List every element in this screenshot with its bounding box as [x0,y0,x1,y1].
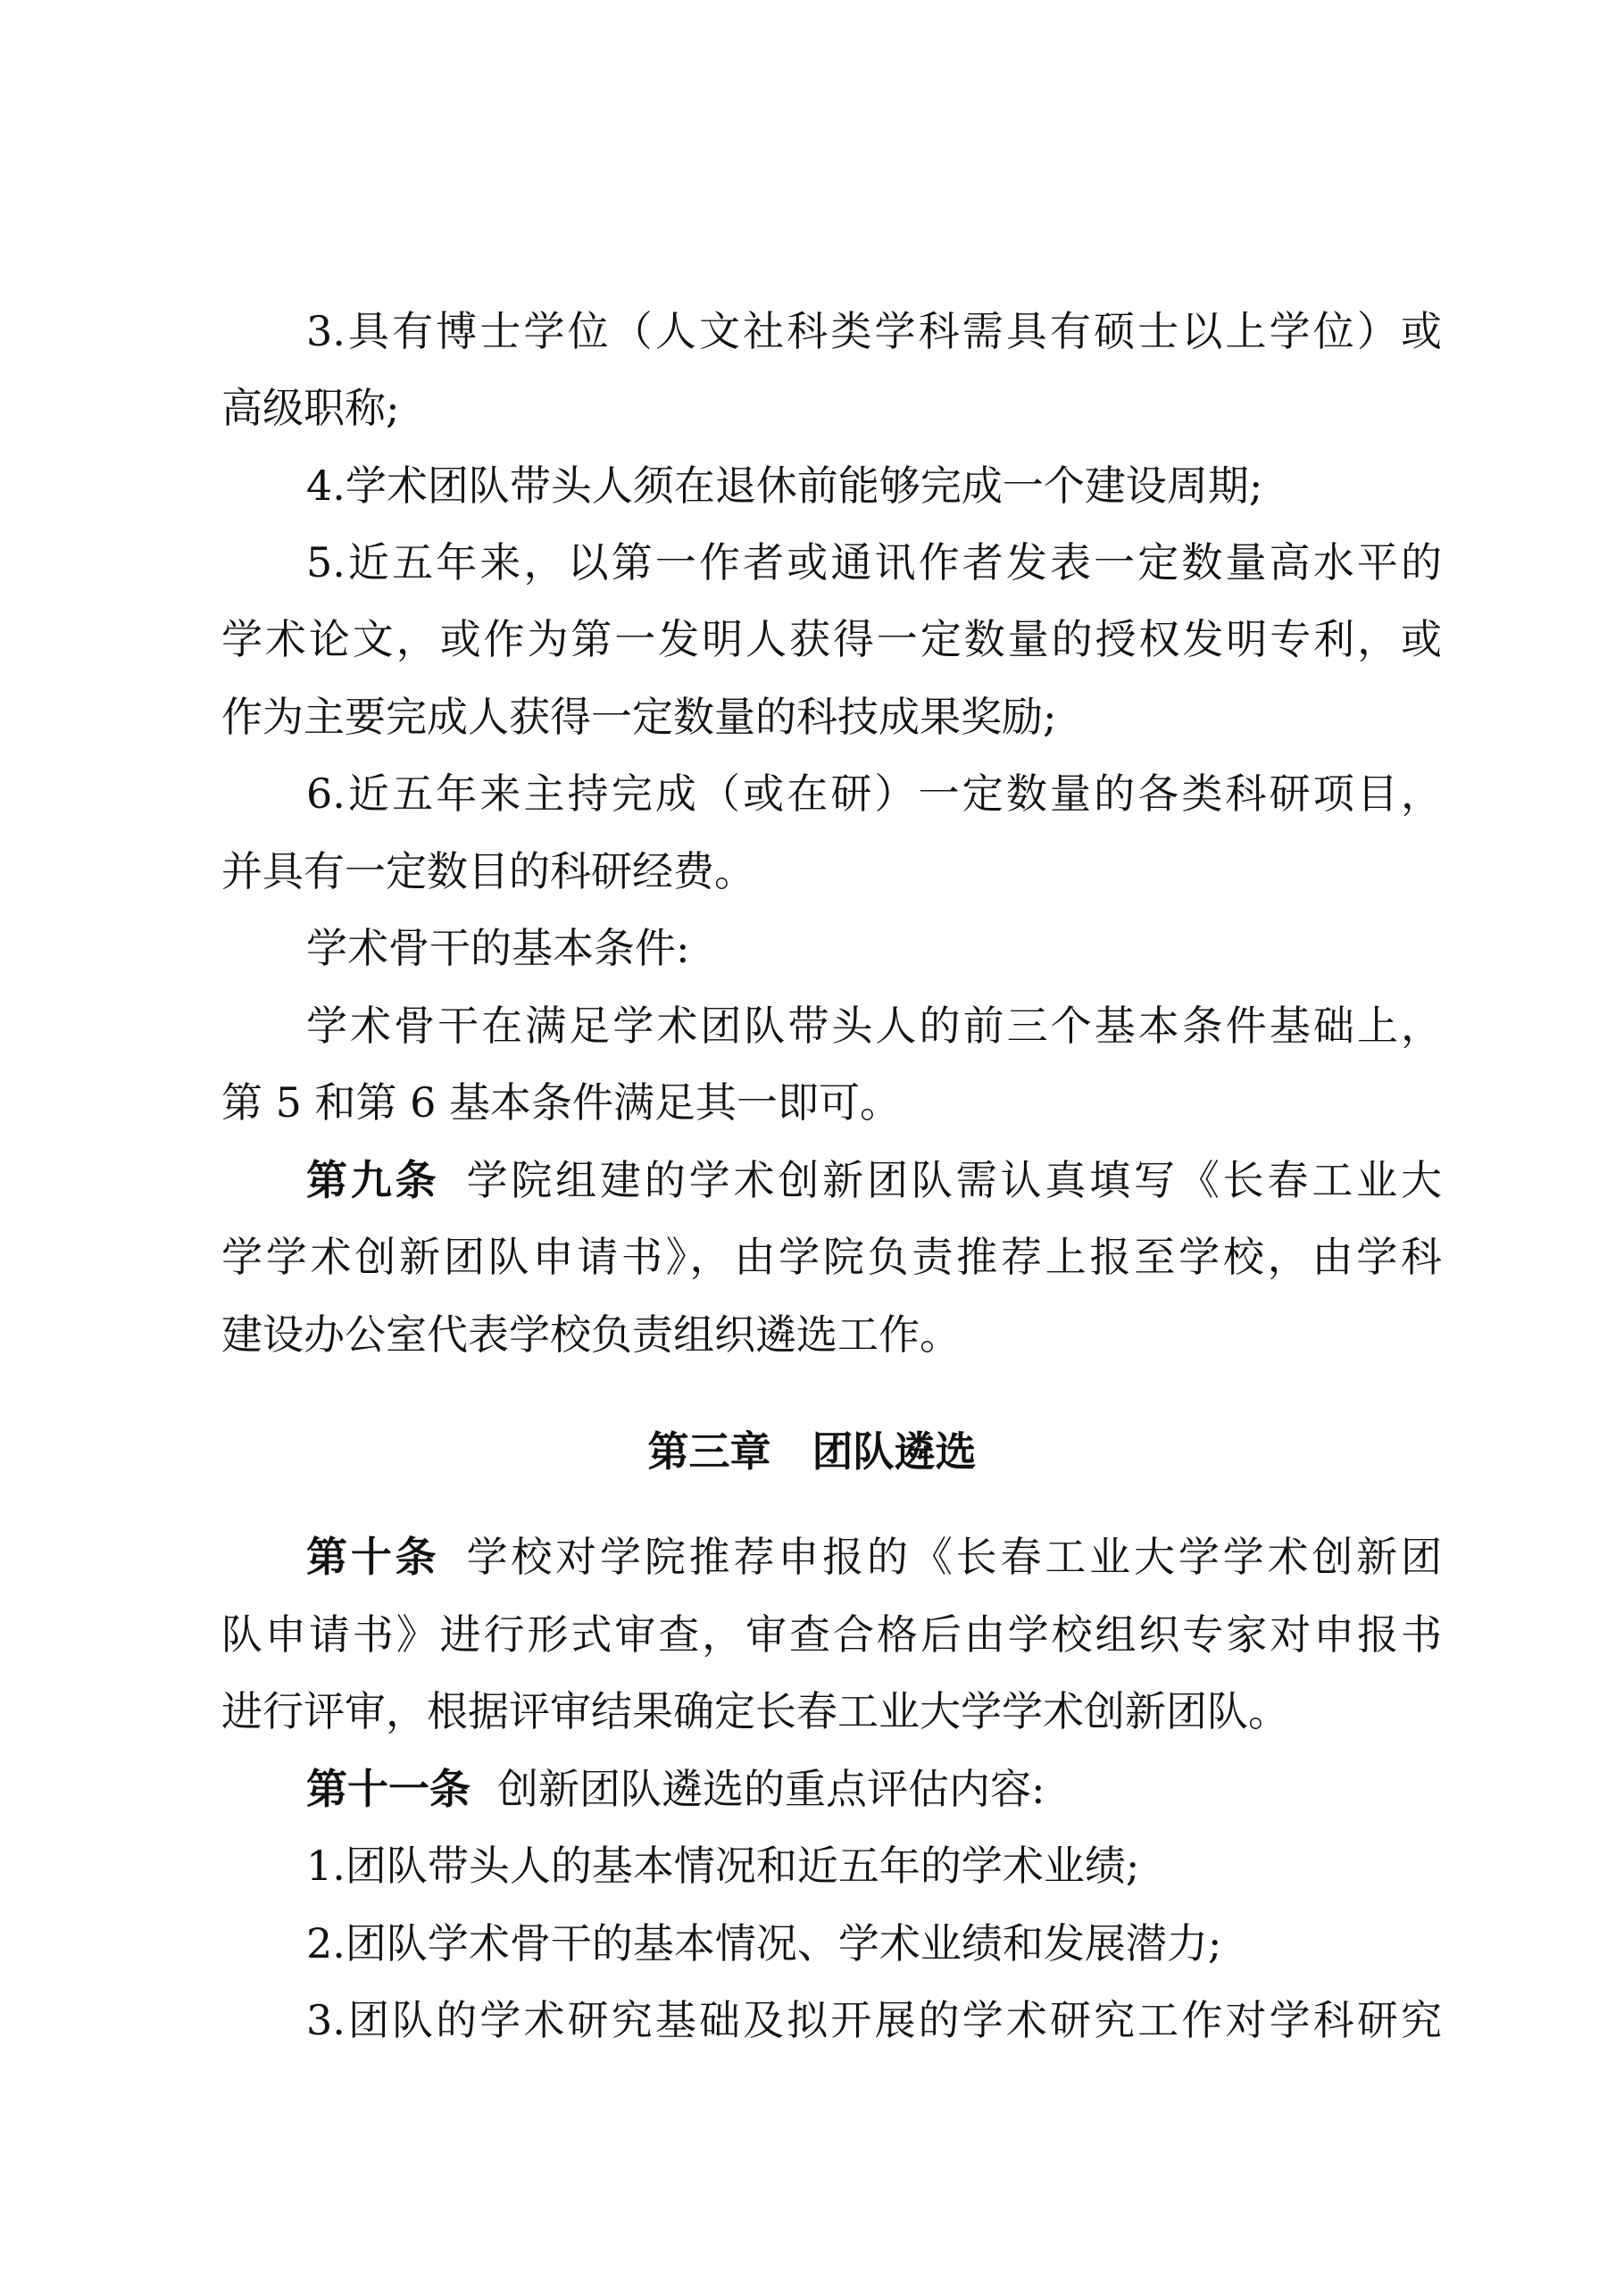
article-9-line-3: 建设办公室代表学校负责组织遴选工作。 [221,1308,1442,1361]
article-11-label: 第十一条 [306,1765,471,1813]
article-9-line-1: 第九条学院组建的学术创新团队需认真填写《长春工业大 [306,1153,1442,1207]
criteria-3-line-1: 3.具有博士学位（人文社科类学科需具有硕士以上学位）或 [306,304,1442,358]
criteria-6-line-1: 6.近五年来主持完成（或在研）一定数量的各类科研项目， [306,767,1442,820]
article-10-text: 学校对学院推荐申报的《长春工业大学学术创新团 [467,1533,1443,1581]
article-9-label: 第九条 [306,1156,440,1204]
article-10-line-2: 队申请书》进行形式审查，审查合格后由学校组织专家对申报书 [221,1608,1442,1661]
backbone-title: 学术骨干的基本条件: [306,921,1442,975]
article-10-line-1: 第十条学校对学院推荐申报的《长春工业大学学术创新团 [306,1530,1442,1584]
article-9-text: 学院组建的学术创新团队需认真填写《长春工业大 [467,1156,1443,1204]
eval-item-3: 3.团队的学术研究基础及拟开展的学术研究工作对学科研究 [306,1993,1442,2047]
backbone-body-line-2: 第 5 和第 6 基本条件满足其一即可。 [221,1076,1442,1129]
article-11-line-1: 第十一条创新团队遴选的重点评估内容: [306,1762,1442,1816]
criteria-6-line-2: 并具有一定数目的科研经费。 [221,844,1442,898]
article-10-label: 第十条 [306,1533,440,1581]
article-11-text: 创新团队遴选的重点评估内容: [497,1765,1045,1813]
eval-item-2: 2.团队学术骨干的基本情况、学术业绩和发展潜力; [306,1917,1442,1970]
article-9-line-2: 学学术创新团队申请书》，由学院负责推荐上报至学校，由学科 [221,1230,1442,1284]
document-page: 3.具有博士学位（人文社科类学科需具有硕士以上学位）或 高级职称; 4.学术团队… [0,0,1624,2296]
article-10-line-3: 进行评审，根据评审结果确定长春工业大学学术创新团队。 [221,1685,1442,1738]
eval-item-1: 1.团队带头人的基本情况和近五年的学术业绩; [306,1839,1442,1893]
criteria-5-line-1: 5.近五年来，以第一作者或通讯作者发表一定数量高水平的 [306,536,1442,589]
criteria-5-line-3: 作为主要完成人获得一定数量的科技成果奖励; [221,690,1442,744]
chapter-heading: 第三章 团队遴选 [0,1425,1624,1478]
criteria-4-line-1: 4.学术团队带头人须在退休前能够完成一个建设周期; [306,459,1442,512]
backbone-body-line-1: 学术骨干在满足学术团队带头人的前三个基本条件基础上， [306,999,1442,1052]
criteria-3-line-2: 高级职称; [221,381,1442,435]
criteria-5-line-2: 学术论文，或作为第一发明人获得一定数量的授权发明专利，或 [221,612,1442,666]
